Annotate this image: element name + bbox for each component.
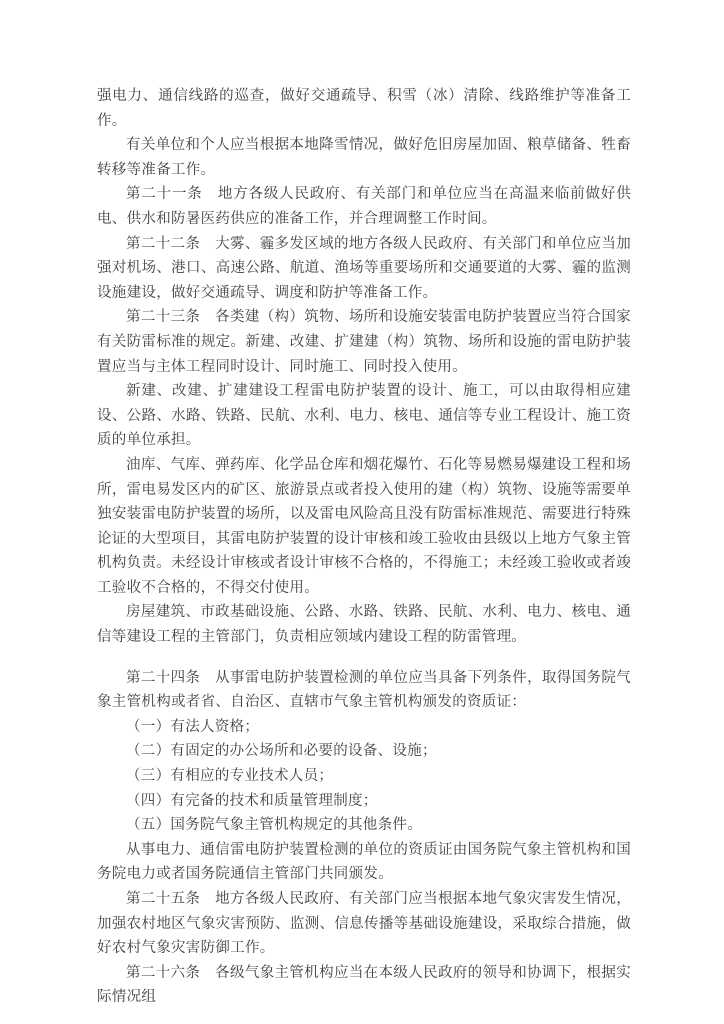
document-page: 强电力、通信线路的巡查，做好交通疏导、积雪（冰）清除、线路维护等准备工作。 有关… bbox=[0, 0, 724, 1024]
article-24-condition-2: （二）有固定的办公场所和必要的设备、设施； bbox=[97, 739, 631, 764]
article-24-condition-4: （四）有完备的技术和质量管理制度； bbox=[97, 789, 631, 814]
article-23-competent-departments: 房屋建筑、市政基础设施、公路、水路、铁路、民航、水利、电力、核电、通信等建设工程… bbox=[97, 600, 631, 649]
article-22: 第二十二条 大雾、霾多发区域的地方各级人民政府、有关部门和单位应当加强对机场、港… bbox=[97, 232, 631, 306]
paragraph-snow-preparation: 有关单位和个人应当根据本地降雪情况，做好危旧房屋加固、粮草储备、牲畜转移等准备工… bbox=[97, 133, 631, 182]
article-26: 第二十六条 各级气象主管机构应当在本级人民政府的领导和协调下，根据实际情况组 bbox=[97, 961, 631, 1010]
article-24-condition-5: （五）国务院气象主管机构规定的其他条件。 bbox=[97, 813, 631, 838]
document-content: 强电力、通信线路的巡查，做好交通疏导、积雪（冰）清除、线路维护等准备工作。 有关… bbox=[97, 84, 631, 1010]
section-gap bbox=[97, 650, 631, 666]
article-24-condition-3: （三）有相应的专业技术人员； bbox=[97, 764, 631, 789]
article-23: 第二十三条 各类建（构）筑物、场所和设施安装雷电防护装置应当符合国家有关防雷标准… bbox=[97, 305, 631, 379]
continuation-paragraph: 强电力、通信线路的巡查，做好交通疏导、积雪（冰）清除、线路维护等准备工作。 bbox=[97, 84, 631, 133]
article-21: 第二十一条 地方各级人民政府、有关部门和单位应当在高温来临前做好供电、供水和防暑… bbox=[97, 182, 631, 231]
article-23-special-projects: 油库、气库、弹药库、化学品仓库和烟花爆竹、石化等易燃易爆建设工程和场所，雷电易发… bbox=[97, 453, 631, 601]
article-24-joint-issuance: 从事电力、通信雷电防护装置检测的单位的资质证由国务院气象主管机构和国务院电力或者… bbox=[97, 838, 631, 887]
article-24-condition-1: （一）有法人资格； bbox=[97, 715, 631, 740]
article-23-design-construction: 新建、改建、扩建建设工程雷电防护装置的设计、施工，可以由取得相应建设、公路、水路… bbox=[97, 379, 631, 453]
article-24: 第二十四条 从事雷电防护装置检测的单位应当具备下列条件，取得国务院气象主管机构或… bbox=[97, 666, 631, 715]
article-25: 第二十五条 地方各级人民政府、有关部门应当根据本地气象灾害发生情况，加强农村地区… bbox=[97, 887, 631, 961]
